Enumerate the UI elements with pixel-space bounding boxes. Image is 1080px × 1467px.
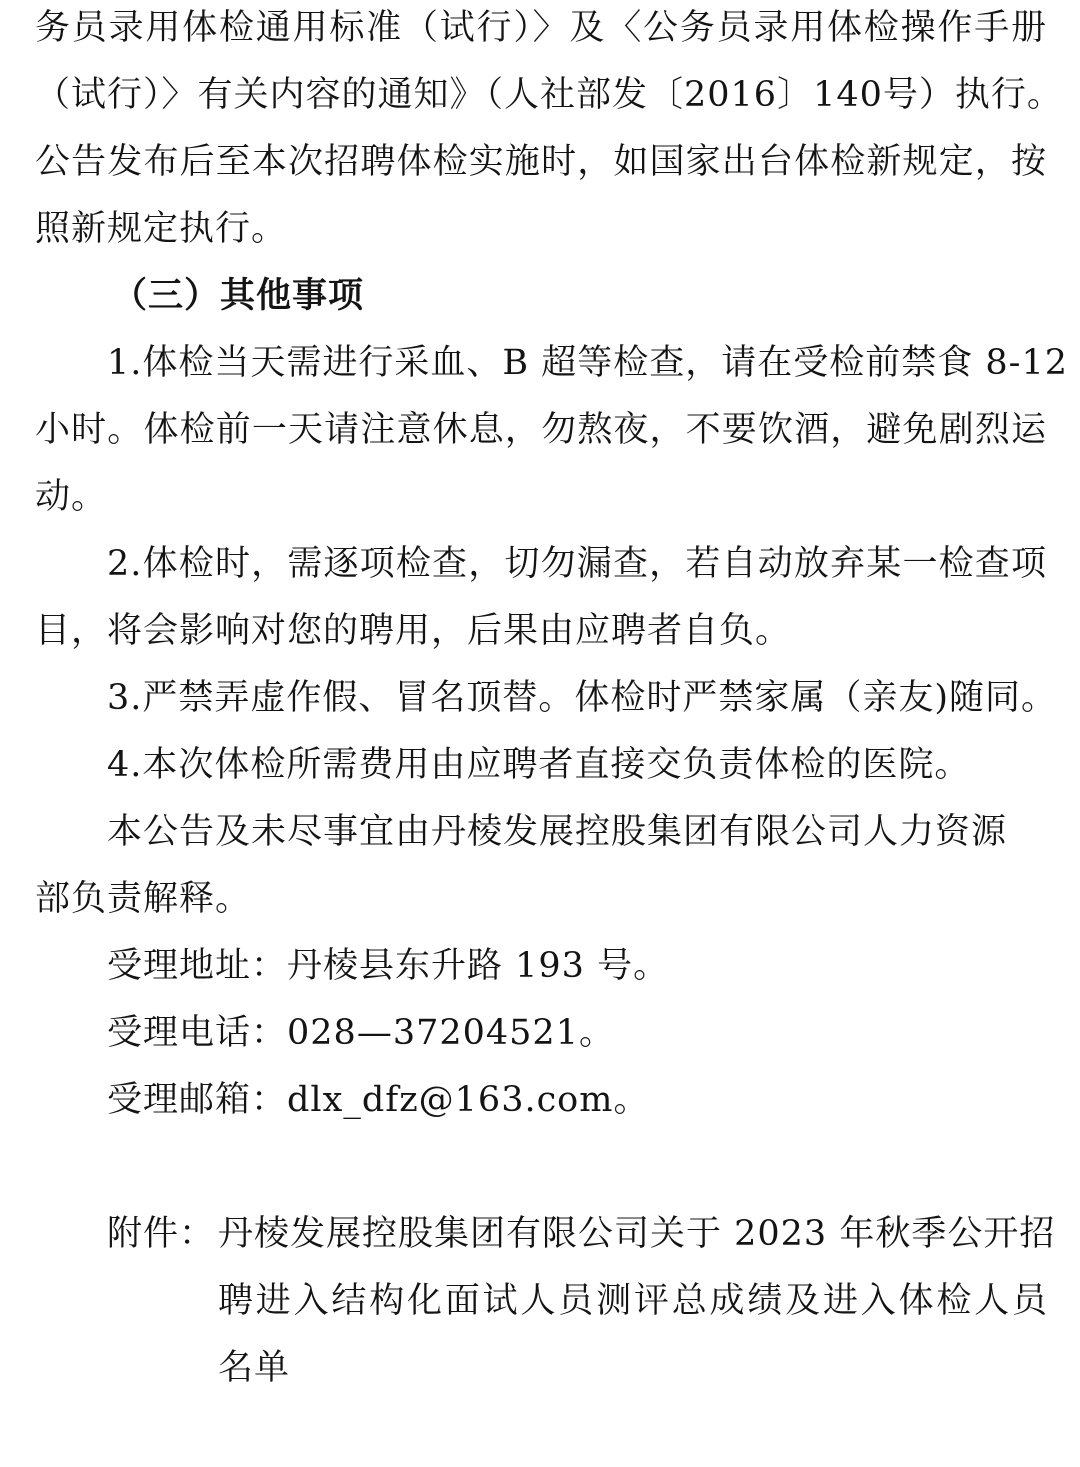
attachment-label: 附件： [107,1212,215,1256]
paragraph-line: 公告发布后至本次招聘体检实施时，如国家出台体检新规定，按 [35,140,1047,184]
attachment-title-line: 名单 [218,1346,290,1390]
phone-value: 028—37204521。 [287,1013,615,1053]
list-item-4: 4.本次体检所需费用由应聘者直接交负责体检的医院。 [107,743,970,787]
address-value: 丹棱县东升路 193 号。 [287,946,669,986]
interpretation-line: 部负责解释。 [35,877,251,921]
email-value: dlx_dfz@163.com。 [287,1080,649,1120]
address-label: 受理地址： [107,946,287,986]
paragraph-line: 照新规定执行。 [35,207,287,251]
interpretation-line: 本公告及未尽事宜由丹棱发展控股集团有限公司人力资源 [107,810,1007,854]
paragraph-line: （试行）〉有关内容的通知》（人社部发〔2016〕140号）执行。 [35,73,1047,117]
phone-label: 受理电话： [107,1013,287,1053]
contact-address: 受理地址：丹棱县东升路 193 号。 [107,944,669,988]
list-item-1-line: 1.体检当天需进行采血、B 超等检查，请在受检前禁食 8-12 [107,341,1047,385]
list-item-2-line: 2.体检时，需逐项检查，切勿漏查，若自动放弃某一检查项 [107,542,1047,586]
list-item-1-line: 动。 [35,475,107,519]
paragraph-line: 务员录用体检通用标准（试行）〉及〈公务员录用体检操作手册 [35,6,1047,50]
email-label: 受理邮箱： [107,1080,287,1120]
attachment-title-line: 聘进入结构化面试人员测评总成绩及进入体检人员 [218,1279,1048,1323]
attachment-title-line: 丹棱发展控股集团有限公司关于 2023 年秋季公开招 [218,1212,1048,1256]
list-item-3: 3.严禁弄虚作假、冒名顶替。体检时严禁家属（亲友)随同。 [107,676,1057,720]
contact-phone: 受理电话：028—37204521。 [107,1011,615,1055]
contact-email: 受理邮箱：dlx_dfz@163.com。 [107,1078,649,1122]
list-item-2-line: 目，将会影响对您的聘用，后果由应聘者自负。 [35,609,791,653]
section-heading: （三）其他事项 [112,274,364,318]
list-item-1-line: 小时。体检前一天请注意休息，勿熬夜，不要饮酒，避免剧烈运 [35,408,1047,452]
